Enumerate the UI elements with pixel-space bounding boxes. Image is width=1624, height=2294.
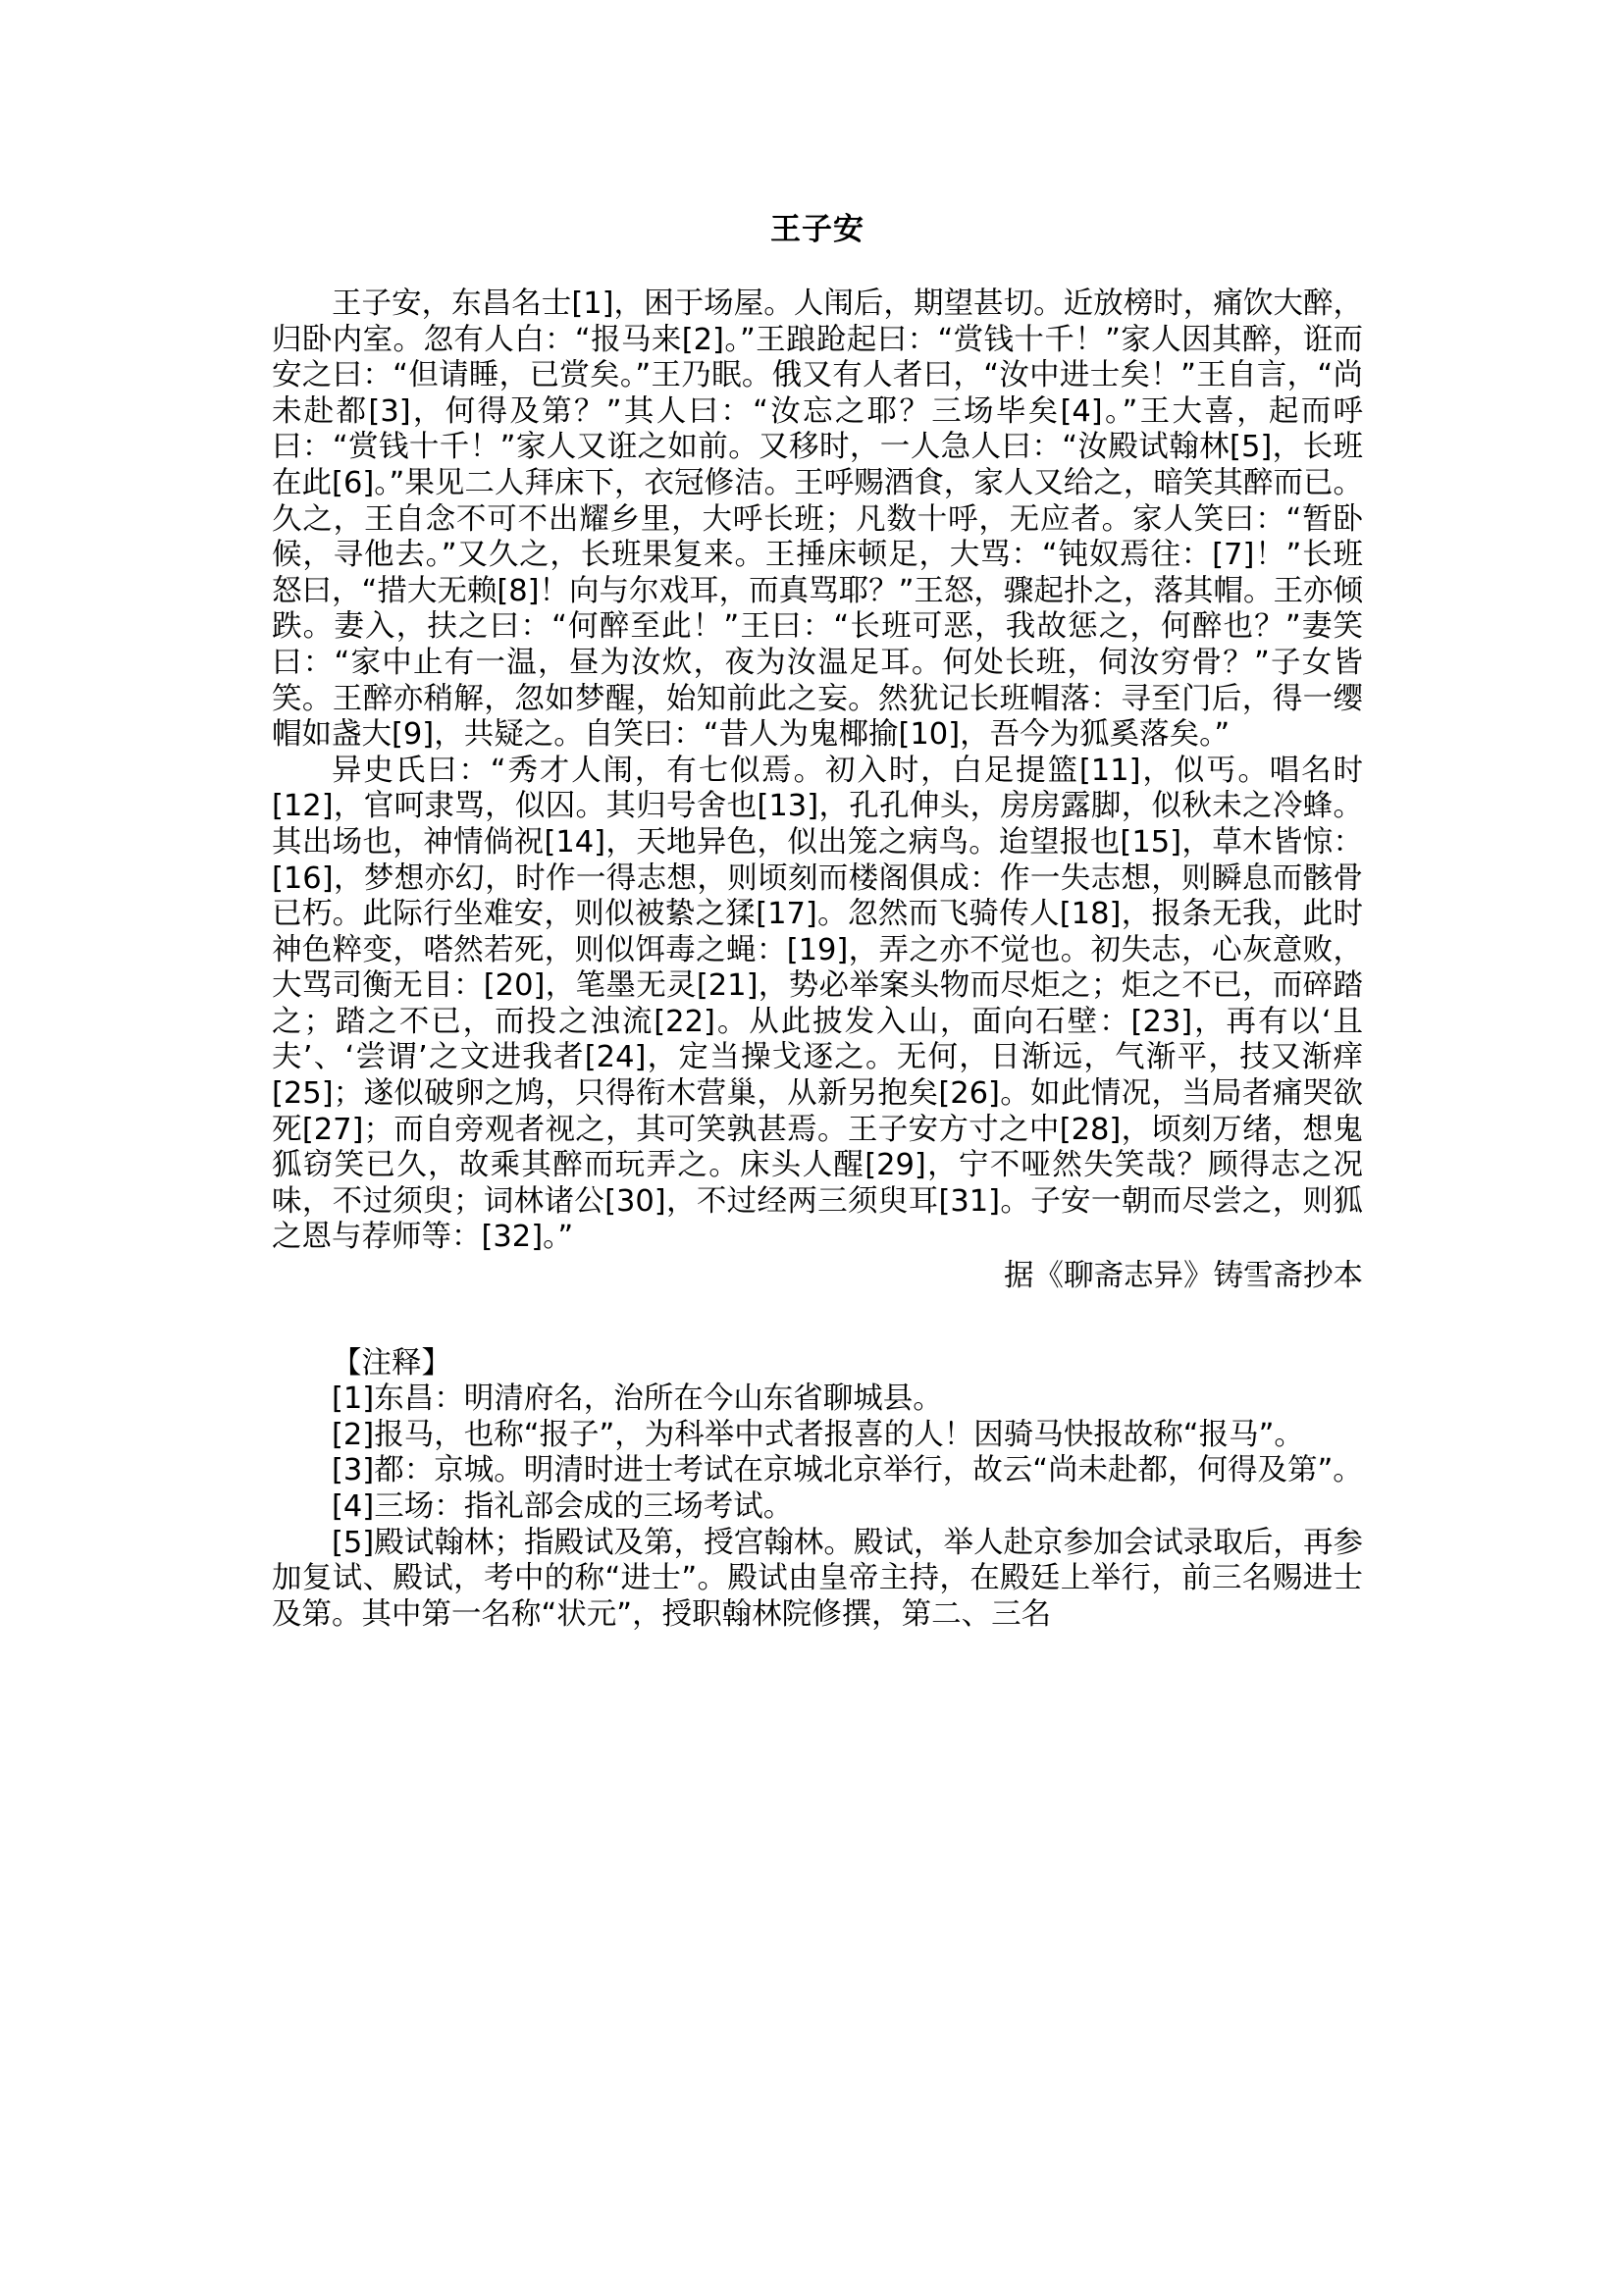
document-body: 王子安，东昌名士[1]，困于场屋。人闱后，期望甚切。近放榜时，痛饮大醉，归卧内室… <box>272 287 1363 1633</box>
note-item: [2]报马，也称“报子”，为科举中式者报喜的人！因骑马快报故称“报马”。 <box>272 1418 1363 1454</box>
note-item: [5]殿试翰林；指殿试及第，授宫翰林。殿试，举人赴京参加会试录取后，再参加复试、… <box>272 1526 1363 1634</box>
note-item: [4]三场：指礼部会成的三场考试。 <box>272 1489 1363 1526</box>
notes-heading: 【注释】 <box>272 1346 1363 1382</box>
source-citation: 据《聊斋志异》铸雪斋抄本 <box>272 1259 1363 1295</box>
note-item: [3]都：京城。明清时进士考试在京城北京举行，故云“尚未赴都，何得及第”。 <box>272 1453 1363 1489</box>
note-item: [1]东昌：明清府名，治所在今山东省聊城县。 <box>272 1382 1363 1418</box>
commentary-paragraph: 异史氏曰：“秀才人闱，有七似焉。初入时，白足提篮[11]，似丐。唱名时[12]，… <box>272 754 1363 1256</box>
document-title: 王子安 <box>272 204 1363 248</box>
story-paragraph: 王子安，东昌名士[1]，困于场屋。人闱后，期望甚切。近放榜时，痛饮大醉，归卧内室… <box>272 287 1363 754</box>
